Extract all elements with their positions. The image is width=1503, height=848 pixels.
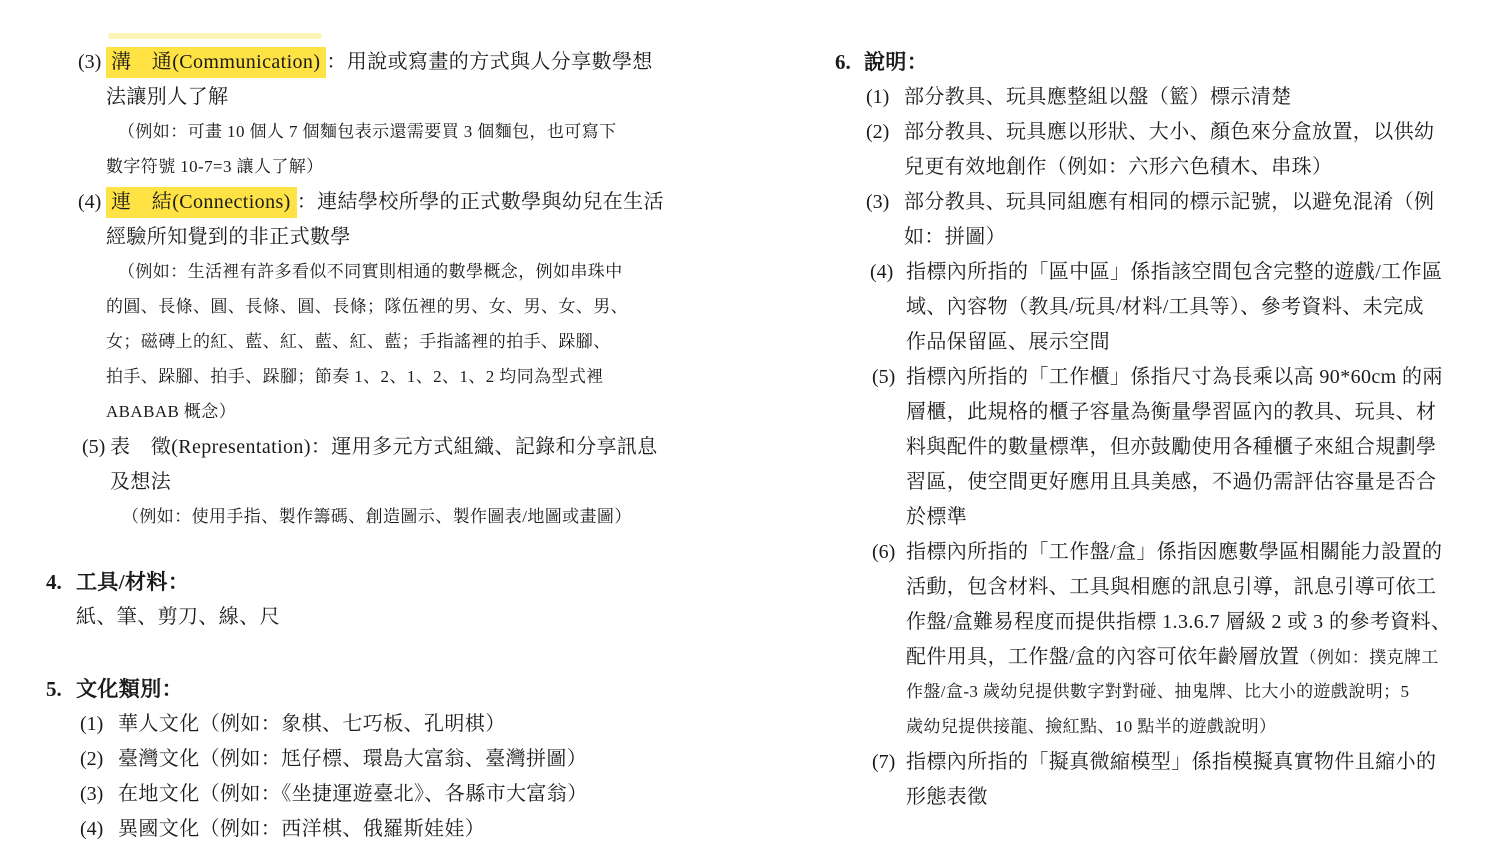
right-line-14: 於標準 <box>0 500 1503 535</box>
line-text: 習區，使空間更好應用且具美感，不過仍需評估容量是否合 <box>906 465 1436 499</box>
right-line-11: 層櫃，此規格的櫃子容量為衡量學習區內的教具、玩具、材 <box>0 395 1503 430</box>
line-text: 部分教具、玩具應整組以盤（籃）標示清楚 <box>904 80 1292 114</box>
line-text: 層櫃，此規格的櫃子容量為衡量學習區內的教具、玩具、材 <box>906 395 1436 429</box>
line-text: 兒更有效地創作（例如：六形六色積木、串珠） <box>904 150 1332 184</box>
line-text: 作品保留區、展示空間 <box>906 325 1110 359</box>
list-number: 6. <box>835 45 851 79</box>
line-text: 形態表徵 <box>906 780 988 814</box>
right-line-6: 如：拼圖） <box>0 220 1503 255</box>
list-number: (2) <box>866 115 889 149</box>
right-line-5: (3)部分教具、玩具同組應有相同的標示記號，以避免混淆（例 <box>0 185 1503 220</box>
left-line-21: (4)異國文化（例如：西洋棋、俄羅斯娃娃） <box>0 812 1503 847</box>
list-number: (4) <box>870 255 893 289</box>
right-line-4: 兒更有效地創作（例如：六形六色積木、串珠） <box>0 150 1503 185</box>
line-text: 異國文化（例如：西洋棋、俄羅斯娃娃） <box>118 812 485 846</box>
line-text: 作盤/盒難易程度而提供指標 1.3.6.7 層級 2 或 3 的參考資料、 <box>906 605 1451 639</box>
right-line-15: (6)指標內所指的「工作盤/盒」係指因應數學區相關能力設置的 <box>0 535 1503 570</box>
right-line-8: 域、內容物（教具/玩具/材料/工具等）、參考資料、未完成 <box>0 290 1503 325</box>
line-text: 歲幼兒提供接龍、撿紅點、10 點半的遊戲說明） <box>906 710 1276 744</box>
right-line-19: 作盤/盒-3 歲幼兒提供數字對對碰、抽鬼牌、比大小的遊戲說明；5 <box>0 675 1503 710</box>
right-line-13: 習區，使空間更好應用且具美感，不過仍需評估容量是否合 <box>0 465 1503 500</box>
right-line-1: 6.說明： <box>0 45 1503 80</box>
document-page: (3)溝 通(Communication)：用說或寫畫的方式與人分享數學想法讓別… <box>0 0 1503 848</box>
right-line-21: (7)指標內所指的「擬真微縮模型」係指模擬真實物件且縮小的 <box>0 745 1503 780</box>
list-number: (3) <box>866 185 889 219</box>
text-segment: 配件用具，工作盤/盒的內容可依年齡層放置 <box>906 646 1300 668</box>
line-text: 部分教具、玩具應以形狀、大小、顏色來分盒放置，以供幼 <box>904 115 1434 149</box>
line-text: 指標內所指的「工作櫃」係指尺寸為長乘以高 90*60cm 的兩 <box>906 360 1443 394</box>
list-number: (6) <box>872 535 895 569</box>
line-text: 指標內所指的「擬真微縮模型」係指模擬真實物件且縮小的 <box>906 745 1436 779</box>
list-number: (7) <box>872 745 895 779</box>
highlight-smudge <box>108 33 322 39</box>
line-text: 指標內所指的「區中區」係指該空間包含完整的遊戲/工作區 <box>906 255 1442 289</box>
right-line-9: 作品保留區、展示空間 <box>0 325 1503 360</box>
right-line-22: 形態表徵 <box>0 780 1503 815</box>
line-text: 如：拼圖） <box>904 220 1006 254</box>
line-text: 料與配件的數量標準，但亦鼓勵使用各種櫃子來組合規劃學 <box>906 430 1436 464</box>
line-text: 指標內所指的「工作盤/盒」係指因應數學區相關能力設置的 <box>906 535 1442 569</box>
right-line-7: (4)指標內所指的「區中區」係指該空間包含完整的遊戲/工作區 <box>0 255 1503 290</box>
list-number: (1) <box>866 80 889 114</box>
right-line-10: (5)指標內所指的「工作櫃」係指尺寸為長乘以高 90*60cm 的兩 <box>0 360 1503 395</box>
right-line-3: (2)部分教具、玩具應以形狀、大小、顏色來分盒放置，以供幼 <box>0 115 1503 150</box>
list-number: (4) <box>80 812 103 846</box>
line-text: 活動，包含材料、工具與相應的訊息引導，訊息引導可依工 <box>906 570 1436 604</box>
right-line-20: 歲幼兒提供接龍、撿紅點、10 點半的遊戲說明） <box>0 710 1503 745</box>
right-line-17: 作盤/盒難易程度而提供指標 1.3.6.7 層級 2 或 3 的參考資料、 <box>0 605 1503 640</box>
line-text: 配件用具，工作盤/盒的內容可依年齡層放置（例如：撲克牌工 <box>906 640 1439 675</box>
line-text: 於標準 <box>906 500 967 534</box>
text-segment: （例如：撲克牌工 <box>1300 648 1439 667</box>
line-text: 域、內容物（教具/玩具/材料/工具等）、參考資料、未完成 <box>906 290 1424 324</box>
line-text: 作盤/盒-3 歲幼兒提供數字對對碰、抽鬼牌、比大小的遊戲說明；5 <box>906 675 1409 709</box>
line-text: 說明： <box>864 45 928 79</box>
right-line-12: 料與配件的數量標準，但亦鼓勵使用各種櫃子來組合規劃學 <box>0 430 1503 465</box>
right-line-2: (1)部分教具、玩具應整組以盤（籃）標示清楚 <box>0 80 1503 115</box>
right-line-16: 活動，包含材料、工具與相應的訊息引導，訊息引導可依工 <box>0 570 1503 605</box>
line-text: 部分教具、玩具同組應有相同的標示記號，以避免混淆（例 <box>904 185 1434 219</box>
right-line-18: 配件用具，工作盤/盒的內容可依年齡層放置（例如：撲克牌工 <box>0 640 1503 675</box>
list-number: (5) <box>872 360 895 394</box>
